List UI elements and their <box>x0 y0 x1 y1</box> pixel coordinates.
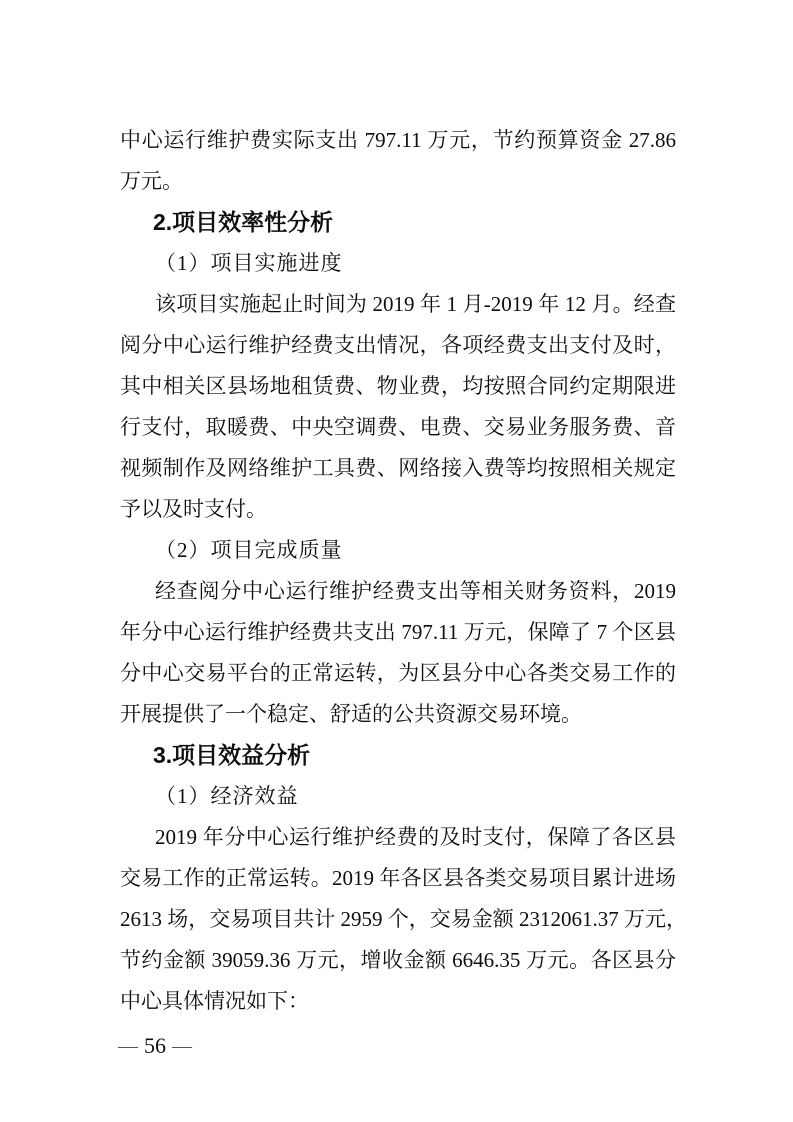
text-line: 开展提供了一个稳定、舒适的公共资源交易环境。 <box>120 694 676 735</box>
text-line: 交易工作的正常运转。2019 年各区县各类交易项目累计进场 <box>120 858 676 899</box>
document-page: 中心运行维护费实际支出 797.11 万元，节约预算资金 27.86万元。2.项… <box>0 0 793 1122</box>
subsection-heading: （2）项目完成质量 <box>120 530 676 571</box>
page-number-dash-right: — <box>172 1036 192 1056</box>
section-heading: 2.项目效率性分析 <box>120 202 676 243</box>
text-line: 中心运行维护费实际支出 797.11 万元，节约预算资金 27.86 <box>120 120 676 161</box>
text-line: 分中心交易平台的正常运转，为区县分中心各类交易工作的 <box>120 653 676 694</box>
text-line: 行支付，取暖费、中央空调费、电费、交易业务服务费、音 <box>120 407 676 448</box>
text-line: 2613 场，交易项目共计 2959 个，交易金额 2312061.37 万元， <box>120 899 676 940</box>
text-line: 年分中心运行维护经费共支出 797.11 万元，保障了 7 个区县 <box>120 612 676 653</box>
section-heading: 3.项目效益分析 <box>120 735 676 776</box>
page-number: — 56 — <box>118 1030 192 1062</box>
text-line: 万元。 <box>120 161 676 202</box>
page-number-value: 56 <box>144 1033 166 1059</box>
text-line: 经查阅分中心运行维护经费支出等相关财务资料，2019 <box>120 571 676 612</box>
text-line: 2019 年分中心运行维护经费的及时支付，保障了各区县 <box>120 817 676 858</box>
subsection-heading: （1）经济效益 <box>120 776 676 817</box>
page-number-dash-left: — <box>118 1036 138 1056</box>
text-line: 中心具体情况如下： <box>120 981 676 1022</box>
subsection-heading: （1）项目实施进度 <box>120 243 676 284</box>
text-line: 阅分中心运行维护经费支出情况，各项经费支出支付及时， <box>120 325 676 366</box>
text-line: 其中相关区县场地租赁费、物业费，均按照合同约定期限进 <box>120 366 676 407</box>
text-line: 视频制作及网络维护工具费、网络接入费等均按照相关规定 <box>120 448 676 489</box>
text-line: 该项目实施起止时间为 2019 年 1 月-2019 年 12 月。经查 <box>120 284 676 325</box>
document-body: 中心运行维护费实际支出 797.11 万元，节约预算资金 27.86万元。2.项… <box>120 120 676 1022</box>
text-line: 予以及时支付。 <box>120 489 676 530</box>
text-line: 节约金额 39059.36 万元，增收金额 6646.35 万元。各区县分 <box>120 940 676 981</box>
